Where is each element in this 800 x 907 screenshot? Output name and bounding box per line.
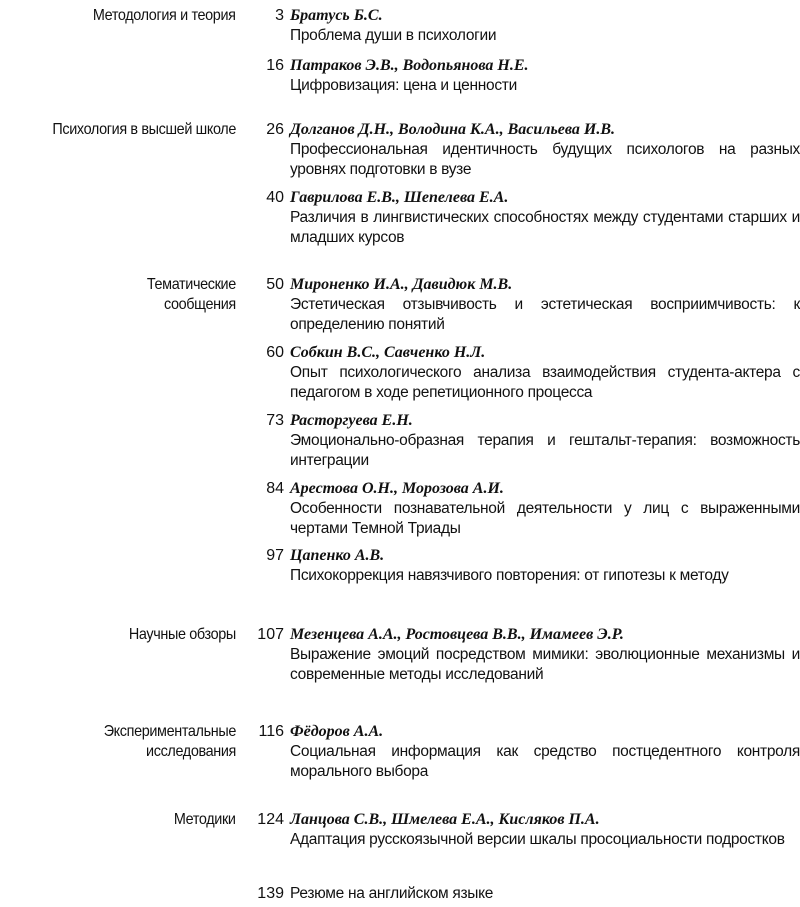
page-number: 60 xyxy=(240,343,284,363)
entry-title: Психокоррекция навязчивого повторения: о… xyxy=(290,566,800,586)
toc-entry[interactable]: Гаврилова Е.В., Шепелева Е.А. Различия в… xyxy=(290,188,800,248)
page-number: 84 xyxy=(240,479,284,499)
entry-authors: Мезенцева А.А., Ростовцева В.В., Имамеев… xyxy=(290,625,800,645)
entry-title: Особенности познавательной деятельности … xyxy=(290,499,800,539)
page-number: 50 xyxy=(240,275,284,295)
entry-title: Социальная информация как средство постц… xyxy=(290,742,800,782)
toc-entry[interactable]: Арестова О.Н., Морозова А.И. Особенности… xyxy=(290,479,800,539)
page-number: 16 xyxy=(240,56,284,76)
toc-entry[interactable]: Фёдоров А.А. Социальная информация как с… xyxy=(290,722,800,782)
page-number: 40 xyxy=(240,188,284,208)
page-number: 124 xyxy=(240,810,284,830)
entry-authors: Арестова О.Н., Морозова А.И. xyxy=(290,479,800,499)
entry-title: Выражение эмоций посредством мимики: эво… xyxy=(290,645,800,685)
entry-authors: Расторгуева Е.Н. xyxy=(290,411,800,431)
entry-title: Профессиональная идентичность будущих пс… xyxy=(290,140,800,180)
toc-entry[interactable]: Патраков Э.В., Водопьянова Н.Е. Цифровиз… xyxy=(290,56,800,96)
page-number: 97 xyxy=(240,546,284,566)
section-heading-line: Экспериментальные xyxy=(104,722,236,742)
entry-title: Резюме на английском языке xyxy=(290,884,800,904)
page-number: 73 xyxy=(240,411,284,431)
section-heading-line: исследования xyxy=(104,742,236,762)
entry-authors: Ланцова С.В., Шмелева Е.А., Кисляков П.А… xyxy=(290,810,800,830)
toc-entry[interactable]: Расторгуева Е.Н. Эмоционально-образная т… xyxy=(290,411,800,471)
entry-authors: Долганов Д.Н., Володина К.А., Васильева … xyxy=(290,120,800,140)
entry-title: Различия в лингвистических способностях … xyxy=(290,208,800,248)
entry-authors: Фёдоров А.А. xyxy=(290,722,800,742)
entry-authors: Собкин В.С., Савченко Н.Л. xyxy=(290,343,800,363)
toc-entry[interactable]: Мироненко И.А., Давидюк М.В. Эстетическа… xyxy=(290,275,800,335)
toc-entry[interactable]: Резюме на английском языке xyxy=(290,884,800,904)
section-heading: Психология в высшей школе xyxy=(52,120,236,140)
section-heading: Научные обзоры xyxy=(129,625,236,645)
entry-title: Цифровизация: цена и ценности xyxy=(290,76,800,96)
toc-entry[interactable]: Ланцова С.В., Шмелева Е.А., Кисляков П.А… xyxy=(290,810,800,850)
page-number: 26 xyxy=(240,120,284,140)
toc-entry[interactable]: Цапенко А.В. Психокоррекция навязчивого … xyxy=(290,546,800,586)
entry-title: Эмоционально-образная терапия и гештальт… xyxy=(290,431,800,471)
toc-entry[interactable]: Мезенцева А.А., Ростовцева В.В., Имамеев… xyxy=(290,625,800,685)
entry-authors: Цапенко А.В. xyxy=(290,546,800,566)
section-heading: Тематические сообщения xyxy=(147,275,236,315)
entry-authors: Патраков Э.В., Водопьянова Н.Е. xyxy=(290,56,800,76)
section-heading: Методология и теория xyxy=(93,6,236,26)
page-number: 139 xyxy=(240,884,284,904)
entry-title: Эстетическая отзывчивость и эстетическая… xyxy=(290,295,800,335)
entry-authors: Гаврилова Е.В., Шепелева Е.А. xyxy=(290,188,800,208)
section-heading: Экспериментальные исследования xyxy=(104,722,236,762)
page-number: 3 xyxy=(240,6,284,26)
entry-title: Адаптация русскоязычной версии шкалы про… xyxy=(290,830,800,850)
page-number: 116 xyxy=(240,722,284,742)
toc-entry[interactable]: Братусь Б.С. Проблема души в психологии xyxy=(290,6,800,46)
entry-title: Проблема души в психологии xyxy=(290,26,800,46)
toc-entry[interactable]: Собкин В.С., Савченко Н.Л. Опыт психолог… xyxy=(290,343,800,403)
section-heading-line: сообщения xyxy=(147,295,236,315)
entry-title: Опыт психологического анализа взаимодейс… xyxy=(290,363,800,403)
entry-authors: Братусь Б.С. xyxy=(290,6,800,26)
page-number: 107 xyxy=(240,625,284,645)
toc-entry[interactable]: Долганов Д.Н., Володина К.А., Васильева … xyxy=(290,120,800,180)
entry-authors: Мироненко И.А., Давидюк М.В. xyxy=(290,275,800,295)
section-heading: Методики xyxy=(174,810,236,830)
section-heading-line: Тематические xyxy=(147,275,236,295)
